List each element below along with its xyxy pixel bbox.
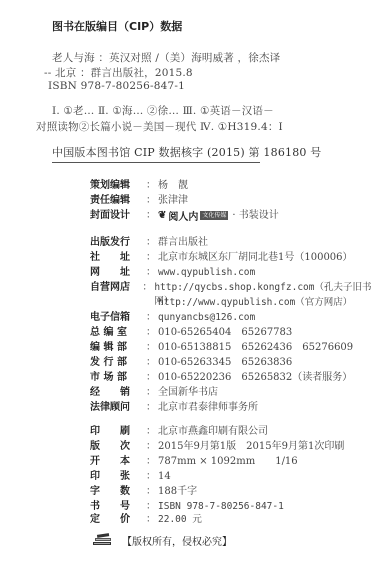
info-row-editorial-dept: 编 辑 部： 010-65138815 65262436 65276609 — [90, 338, 353, 352]
credit-label: 封面设计 — [90, 206, 146, 221]
website-link[interactable]: www.qypublish.com — [158, 267, 255, 278]
info-row-online-store-official: ： http://www.qypublish.com（官方网店） — [90, 293, 352, 307]
info-row-distributor: 经 销： 全国新华书店 — [90, 383, 218, 397]
info-label: 出版发行 — [90, 233, 146, 248]
info-value: 010-65263345 65263836 — [158, 353, 292, 368]
credit-row-cover-design: 封面设计： ❦ 阅人内 文化传媒 · 书装设计 — [90, 206, 279, 220]
info-row-format: 开 本： 787mm × 1092mm 1/16 — [90, 452, 298, 466]
info-label: 市 场 部 — [90, 368, 146, 383]
info-value: 010-65265404 65267783 — [158, 323, 292, 338]
info-row-printer: 印 刷： 北京市燕鑫印刷有限公司 — [90, 422, 268, 436]
info-value: 北京市东城区东厂胡同北巷1号（100006） — [158, 248, 353, 263]
info-row-isbn: 书 号： ISBN 978-7-80256-847-1 — [90, 497, 284, 511]
info-label: 字 数 — [90, 482, 146, 497]
info-row-price: 定 价： 22.00 元 — [90, 510, 202, 524]
online-store-link-official[interactable]: http://www.qypublish.com（官方网店） — [158, 294, 352, 308]
info-row-publisher: 出版发行： 群言出版社 — [90, 233, 208, 247]
copyright-text: 【版权所有，侵权必究】 — [122, 533, 232, 548]
info-label: 版 次 — [90, 437, 146, 452]
info-row-legal-counsel: 法律顾问： 北京市君泰律师事务所 — [90, 398, 258, 412]
info-label: 编 辑 部 — [90, 338, 146, 353]
design-studio-logo: ❦ 阅人内 文化传媒 — [158, 208, 228, 223]
credit-value: 杨 靓 — [158, 176, 188, 191]
info-value: 北京市君泰律师事务所 — [158, 398, 258, 413]
credit-row-planning-editor: 策划编辑： 杨 靓 — [90, 176, 188, 190]
studio-name: 阅人内 — [168, 208, 198, 223]
credit-label: 策划编辑 — [90, 176, 146, 191]
info-row-editor-office: 总 编 室： 010-65265404 65267783 — [90, 323, 292, 337]
cip-line-classification-1: Ⅰ. ①老… Ⅱ. ①海… ②徐… Ⅲ. ①英语－汉语－ — [52, 103, 274, 118]
info-label: 自营网店 — [90, 278, 142, 293]
info-row-online-store: 自营网店： http://qycbs.shop.kongfz.com（孔夫子旧书… — [90, 278, 375, 292]
info-value: 010-65138815 65262436 65276609 — [158, 338, 353, 353]
info-label: 法律顾问 — [90, 398, 146, 413]
info-row-edition: 版 次： 2015年9月第1版 2015年9月第1次印刷 — [90, 437, 344, 451]
email-link[interactable]: qunyancbs@126.com — [158, 312, 255, 323]
copyright-notice: 【版权所有，侵权必究】 — [92, 532, 232, 549]
info-label: 定 价 — [90, 510, 146, 525]
cip-line-publisher: -- 北京 ：群言出版社，2015.8 — [44, 65, 193, 80]
info-value: 188千字 — [158, 482, 197, 497]
info-label: 发 行 部 — [90, 353, 146, 368]
info-row-distribution-dept: 发 行 部： 010-65263345 65263836 — [90, 353, 292, 367]
info-label: 印 刷 — [90, 422, 146, 437]
studio-badge: 文化传媒 — [200, 211, 228, 220]
credit-value: 张津津 — [158, 191, 188, 206]
info-label: 印 张 — [90, 467, 146, 482]
info-value: 787mm × 1092mm 1/16 — [158, 452, 298, 467]
info-row-email: 电子信箱： qunyancbs@126.com — [90, 308, 255, 322]
info-value: 22.00 元 — [158, 511, 202, 525]
info-value: 全国新华书店 — [158, 383, 218, 398]
info-value: 2015年9月第1版 2015年9月第1次印刷 — [158, 437, 344, 452]
cip-verification-number: 中国版本图书馆 CIP 数据核字 (2015) 第 186180 号 — [52, 144, 322, 160]
info-row-sheets: 印 张： 14 — [90, 467, 171, 481]
info-value: 14 — [158, 471, 171, 482]
info-label: 网 址 — [90, 263, 146, 278]
cip-line-classification-2: 对照读物②长篇小说－美国－现代 Ⅳ. ①H319.4：I — [36, 119, 283, 134]
credit-row-responsible-editor: 责任编辑： 张津津 — [90, 191, 188, 205]
info-label: 经 销 — [90, 383, 146, 398]
info-value: 群言出版社 — [158, 233, 208, 248]
info-label: 电子信箱 — [90, 308, 146, 323]
books-stack-icon — [92, 532, 114, 549]
cip-line-title: 老人与海 ：英汉对照 /（美）海明威著 ，徐杰译 — [52, 50, 280, 65]
info-row-word-count: 字 数： 188千字 — [90, 482, 197, 496]
cip-title: 图书在版编目（CIP）数据 — [52, 18, 182, 34]
studio-logo-icon: ❦ — [158, 210, 166, 221]
info-row-address: 社 址： 北京市东城区东厂胡同北巷1号（100006） — [90, 248, 353, 262]
info-label: 社 址 — [90, 248, 146, 263]
credit-label: 责任编辑 — [90, 191, 146, 206]
credit-value: · 书装设计 — [232, 206, 278, 221]
info-label: 开 本 — [90, 452, 146, 467]
cip-line-isbn: ISBN 978-7-80256-847-1 — [48, 80, 185, 92]
info-value: 010-65220236 65265832（读者服务） — [158, 368, 352, 383]
info-row-website: 网 址： www.qypublish.com — [90, 263, 255, 277]
divider-rule — [52, 162, 260, 163]
info-label: 总 编 室 — [90, 323, 146, 338]
info-row-marketing-dept: 市 场 部： 010-65220236 65265832（读者服务） — [90, 368, 352, 382]
info-value: 北京市燕鑫印刷有限公司 — [158, 422, 268, 437]
